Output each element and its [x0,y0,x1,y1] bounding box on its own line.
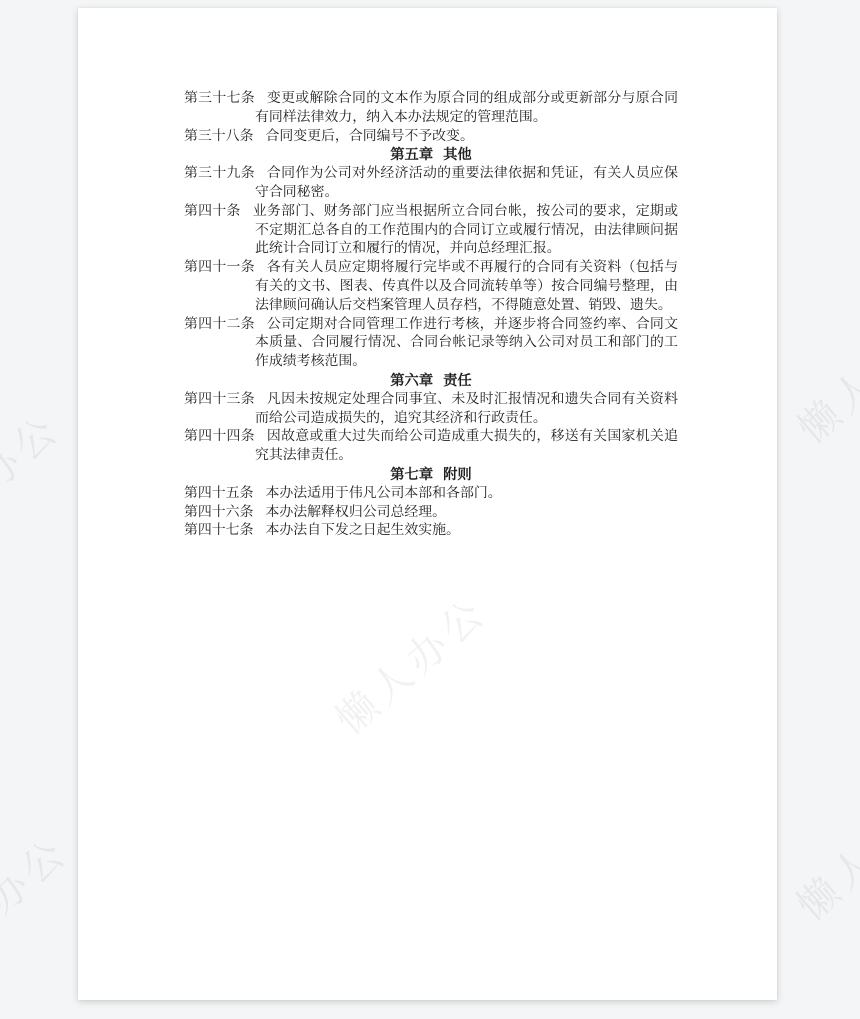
watermark: 懒人办公 [0,822,79,986]
chapter-6-heading: 第六章责任 [184,372,678,391]
article-text: 业务部门、财务部门应当根据所立合同台帐，按公司的要求，定期或不定期汇总各自的工作… [253,204,678,257]
article-text: 本办法自下发之日起生效实施。 [265,523,459,538]
article-text: 合同变更后，合同编号不予改变。 [265,129,473,144]
article-43: 第四十三条凡因未按规定处理合同事宜、未及时汇报情况和遗失合同有关资料而给公司造成… [184,391,678,429]
article-text: 公司定期对合同管理工作进行考核，并逐步将合同签约率、合同文本质量、合同履行情况、… [255,317,678,370]
article-47: 第四十七条本办法自下发之日起生效实施。 [184,522,678,541]
document-body: 第三十七条变更或解除合同的文本作为原合同的组成部分或更新部分与原合同有同样法律效… [184,90,678,541]
chapter-7-heading: 第七章附则 [184,466,678,485]
watermark: 懒人办公 [0,399,71,563]
chapter-number: 第五章 [390,147,433,163]
article-text: 合同作为公司对外经济活动的重要法律依据和凭证，有关人员应保守合同秘密。 [255,166,678,200]
article-39: 第三十九条合同作为公司对外经济活动的重要法律依据和凭证，有关人员应保守合同秘密。 [184,165,678,203]
chapter-title: 其他 [443,147,472,163]
article-42: 第四十二条公司定期对合同管理工作进行考核，并逐步将合同签约率、合同文本质量、合同… [184,316,678,372]
chapter-5-heading: 第五章其他 [184,146,678,165]
article-number: 第四十七条 [184,523,253,538]
chapter-number: 第七章 [390,467,433,483]
article-text: 本办法适用于伟凡公司本部和各部门。 [265,486,501,501]
article-text: 变更或解除合同的文本作为原合同的组成部分或更新部分与原合同有同样法律效力，纳入本… [255,91,678,125]
article-text: 各有关人员应定期将履行完毕或不再履行的合同有关资料（包括与有关的文书、图表、传真… [255,260,678,313]
article-number: 第四十二条 [184,317,255,332]
article-text: 本办法解释权归公司总经理。 [265,505,446,520]
article-44: 第四十四条因故意或重大过失而给公司造成重大损失的，移送有关国家机关追究其法律责任… [184,428,678,466]
article-46: 第四十六条本办法解释权归公司总经理。 [184,504,678,523]
article-41: 第四十一条各有关人员应定期将履行完毕或不再履行的合同有关资料（包括与有关的文书、… [184,259,678,315]
chapter-number: 第六章 [390,373,433,389]
chapter-title: 责任 [443,373,472,389]
article-text: 因故意或重大过失而给公司造成重大损失的，移送有关国家机关追究其法律责任。 [255,429,678,463]
article-45: 第四十五条本办法适用于伟凡公司本部和各部门。 [184,485,678,504]
watermark: 懒人办公 [783,768,860,932]
watermark: 懒人办公 [784,291,860,455]
article-number: 第四十一条 [184,260,255,275]
chapter-title: 附则 [443,467,472,483]
article-number: 第三十七条 [184,91,255,106]
article-number: 第三十八条 [184,129,253,144]
article-number: 第四十三条 [184,392,255,407]
article-37: 第三十七条变更或解除合同的文本作为原合同的组成部分或更新部分与原合同有同样法律效… [184,90,678,128]
article-number: 第四十六条 [184,505,253,520]
article-number: 第三十九条 [184,166,255,181]
article-number: 第四十条 [184,204,241,219]
article-text: 凡因未按规定处理合同事宜、未及时汇报情况和遗失合同有关资料而给公司造成损失的，追… [255,392,678,426]
article-38: 第三十八条合同变更后，合同编号不予改变。 [184,128,678,147]
article-number: 第四十五条 [184,486,253,501]
article-40: 第四十条业务部门、财务部门应当根据所立合同台帐，按公司的要求，定期或不定期汇总各… [184,203,678,259]
article-number: 第四十四条 [184,429,255,444]
document-page: 第三十七条变更或解除合同的文本作为原合同的组成部分或更新部分与原合同有同样法律效… [78,8,777,1000]
